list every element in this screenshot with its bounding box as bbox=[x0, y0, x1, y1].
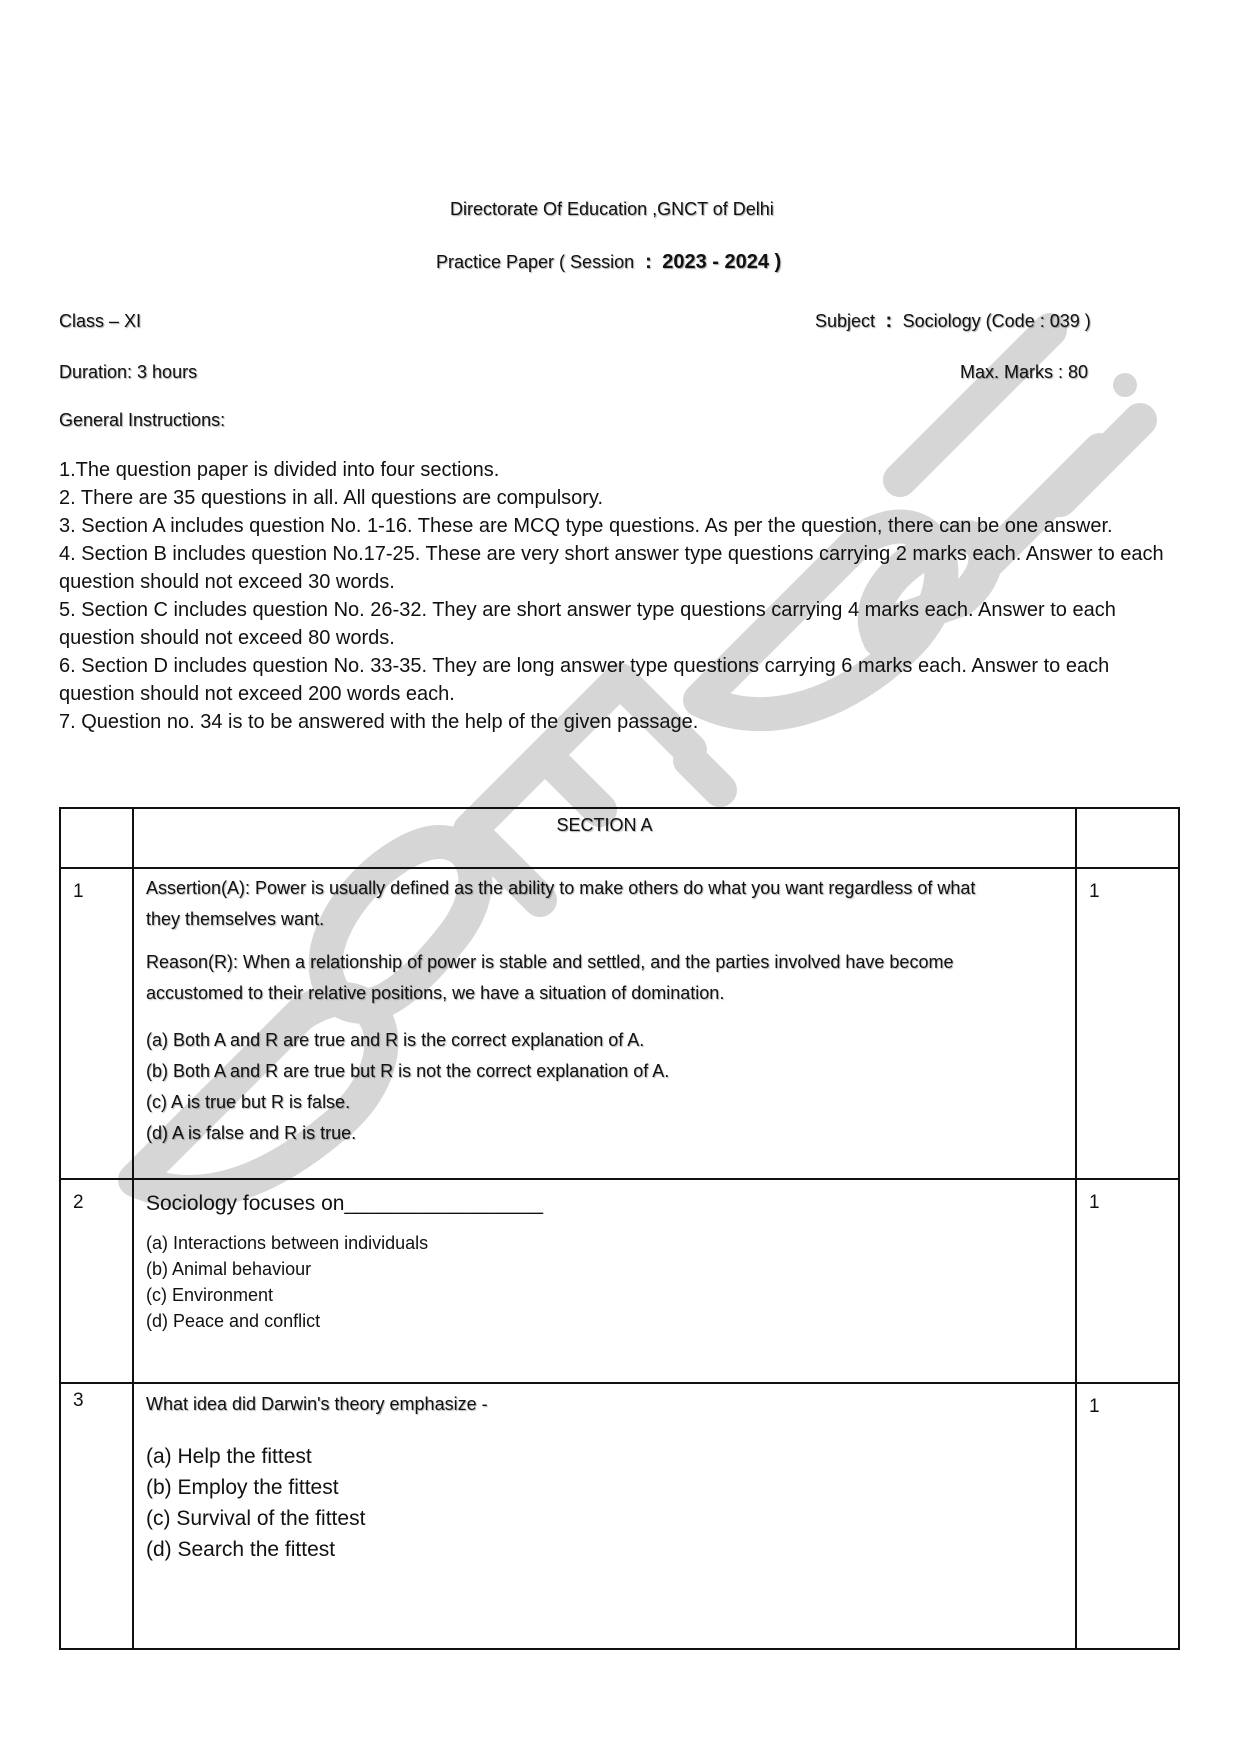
question-body: Assertion(A): Power is usually defined a… bbox=[134, 869, 1075, 1149]
subject-label: Subject bbox=[815, 311, 875, 331]
question-row: 2 Sociology focuses on_________________ … bbox=[60, 1179, 1179, 1383]
question-marks: 1 bbox=[1077, 1180, 1178, 1214]
section-a-table: SECTION A 1 Assertion(A): Power is usual… bbox=[59, 807, 1180, 1650]
option: (c) A is true but R is false. bbox=[146, 1087, 1063, 1118]
general-instructions-heading: General Instructions: bbox=[59, 410, 225, 431]
option: (a) Both A and R are true and R is the c… bbox=[146, 1025, 1063, 1056]
instruction-item: 7. Question no. 34 is to be answered wit… bbox=[59, 708, 1179, 736]
section-header-row: SECTION A bbox=[60, 808, 1179, 868]
option: (d) Peace and conflict bbox=[146, 1308, 1075, 1334]
assertion-text: they themselves want. bbox=[146, 904, 1063, 935]
question-number: 3 bbox=[61, 1384, 132, 1412]
question-number: 1 bbox=[61, 869, 132, 903]
option: (b) Employ the fittest bbox=[146, 1472, 1075, 1503]
instruction-item: 6. Section D includes question No. 33-35… bbox=[59, 652, 1179, 708]
org-title: Directorate Of Education ,GNCT of Delhi bbox=[450, 199, 774, 220]
subject-colon: : bbox=[886, 310, 893, 332]
paper-prefix: Practice Paper ( Session bbox=[436, 252, 639, 272]
question-body: Sociology focuses on_________________ (a… bbox=[134, 1180, 1075, 1334]
question-body: What idea did Darwin's theory emphasize … bbox=[134, 1384, 1075, 1565]
instructions-list: 1.The question paper is divided into fou… bbox=[59, 456, 1179, 736]
option: (c) Environment bbox=[146, 1282, 1075, 1308]
instruction-item: 3. Section A includes question No. 1-16.… bbox=[59, 512, 1179, 540]
class-label: Class – XI bbox=[59, 311, 141, 332]
duration: Duration: 3 hours bbox=[59, 362, 197, 383]
question-marks: 1 bbox=[1077, 1384, 1178, 1418]
reason-text: Reason(R): When a relationship of power … bbox=[146, 947, 1063, 978]
subject-value: Sociology (Code : 039 ) bbox=[903, 311, 1091, 331]
assertion-text: Assertion(A): Power is usually defined a… bbox=[146, 873, 1063, 904]
reason-text: accustomed to their relative positions, … bbox=[146, 978, 1063, 1009]
instruction-item: 1.The question paper is divided into fou… bbox=[59, 456, 1179, 484]
question-row: 1 Assertion(A): Power is usually defined… bbox=[60, 868, 1179, 1179]
subject-line: Subject : Sociology (Code : 039 ) bbox=[815, 310, 1091, 333]
paper-colon: : bbox=[645, 251, 652, 273]
question-stem: What idea did Darwin's theory emphasize … bbox=[134, 1384, 1075, 1415]
option: (a) Interactions between individuals bbox=[146, 1230, 1075, 1256]
instruction-item: 5. Section C includes question No. 26-32… bbox=[59, 596, 1179, 652]
question-row: 3 What idea did Darwin's theory emphasiz… bbox=[60, 1383, 1179, 1649]
option: (a) Help the fittest bbox=[146, 1441, 1075, 1472]
instruction-item: 2. There are 35 questions in all. All qu… bbox=[59, 484, 1179, 512]
option: (d) Search the fittest bbox=[146, 1534, 1075, 1565]
option: (b) Animal behaviour bbox=[146, 1256, 1075, 1282]
instruction-item: 4. Section B includes question No.17-25.… bbox=[59, 540, 1179, 596]
question-marks: 1 bbox=[1077, 869, 1178, 903]
section-title: SECTION A bbox=[134, 809, 1075, 867]
option: (b) Both A and R are true but R is not t… bbox=[146, 1056, 1063, 1087]
option: (c) Survival of the fittest bbox=[146, 1503, 1075, 1534]
max-marks: Max. Marks : 80 bbox=[960, 362, 1088, 383]
question-number: 2 bbox=[61, 1180, 132, 1214]
option: (d) A is false and R is true. bbox=[146, 1118, 1063, 1149]
question-stem: Sociology focuses on_________________ bbox=[134, 1180, 1075, 1216]
session-years: 2023 - 2024 ) bbox=[662, 251, 781, 273]
paper-session-line: Practice Paper ( Session : 2023 - 2024 ) bbox=[436, 251, 781, 274]
